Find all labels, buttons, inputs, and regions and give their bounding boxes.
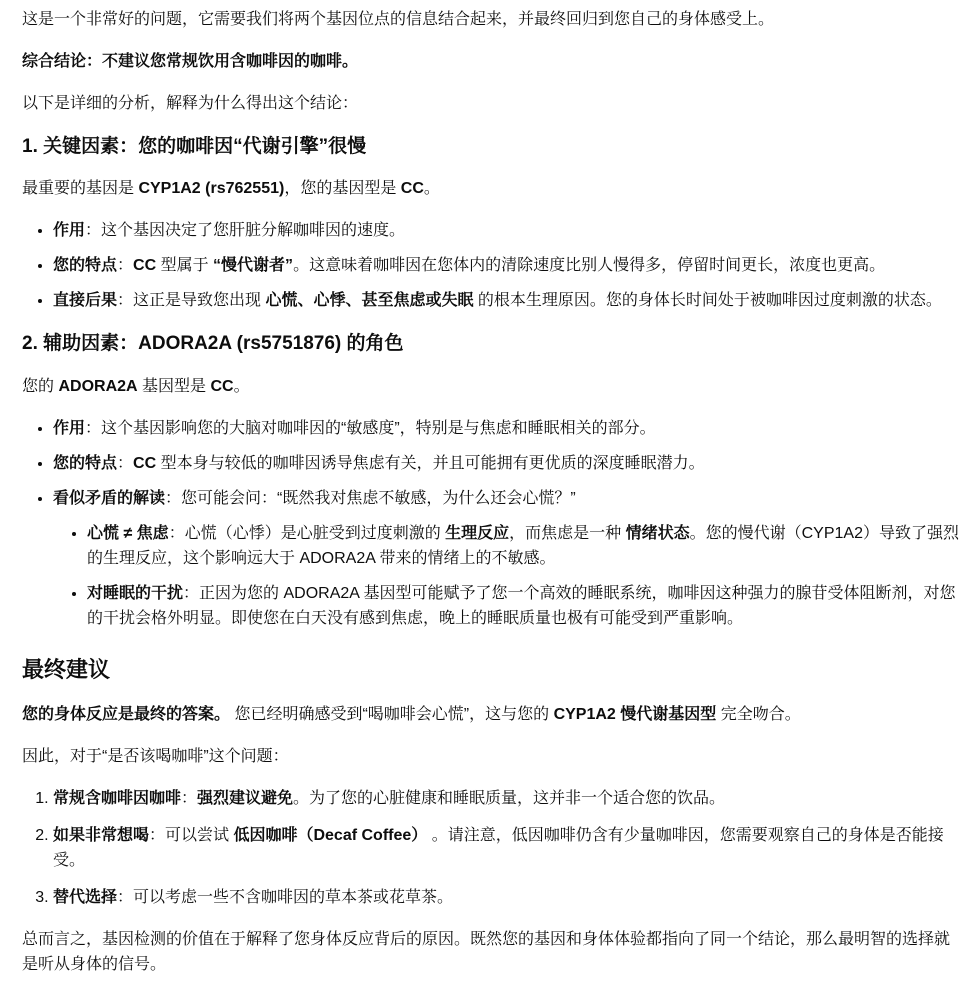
section-2-lead-paragraph: 您的 ADORA2A 基因型是 CC。 [22,375,959,400]
bullet-item-direct-consequence: 直接后果：这正是导致您出现 心慌、心悸、甚至焦虑或失眠 的根本生理原因。您的身体… [53,289,959,314]
recommendation-decaf-option: 如果非常想喝：可以尝试 低因咖啡（Decaf Coffee） 。请注意，低因咖啡… [53,824,959,874]
sub-bullet-palpitation-vs-anxiety: 心慌 ≠ 焦虑：心慌（心悸）是心脏受到过度刺激的 生理反应，而焦虑是一种 情绪状… [87,522,959,572]
bullet-item-your-trait: 您的特点：CC 型本身与较低的咖啡因诱导焦虑有关，并且可能拥有更优质的深度睡眠潜… [53,452,959,477]
final-answer-paragraph: 您的身体反应是最终的答案。 您已经明确感受到“喝咖啡会心慌”，这与您的 CYP1… [22,703,959,728]
section-1-heading: 1. 关键因素：您的咖啡因“代谢引擎”很慢 [22,134,959,161]
closing-paragraph: 总而言之，基因检测的价值在于解释了您身体反应背后的原因。既然您的基因和身体体验都… [22,928,959,978]
assistant-response-document: 这是一个非常好的问题，它需要我们将两个基因位点的信息结合起来，并最终回归到您自己… [0,0,969,1007]
sub-bullet-sleep-interference: 对睡眠的干扰：正因为您的 ADORA2A 基因型可能赋予了您一个高效的睡眠系统，… [87,582,959,632]
bullet-item-your-trait: 您的特点：CC 型属于 “慢代谢者”。这意味着咖啡因在您体内的清除速度比别人慢得… [53,254,959,279]
bullet-item-effect: 作用：这个基因决定了您肝脏分解咖啡因的速度。 [53,219,959,244]
final-question-lead-paragraph: 因此，对于“是否该喝咖啡”这个问题： [22,745,959,770]
recommendation-avoid-caffeinated: 常规含咖啡因咖啡：强烈建议避免。为了您的心脏健康和睡眠质量，这并非一个适合您的饮… [53,787,959,812]
section-2-bullet-list: 作用：这个基因影响您的大脑对咖啡因的“敏感度”，特别是与焦虑和睡眠相关的部分。 … [22,417,959,632]
recommendation-list: 常规含咖啡因咖啡：强烈建议避免。为了您的心脏健康和睡眠质量，这并非一个适合您的饮… [22,787,959,911]
recommendation-alternatives: 替代选择：可以考虑一些不含咖啡因的草本茶或花草茶。 [53,886,959,911]
bullet-item-paradox-text: 看似矛盾的解读：您可能会问：“既然我对焦虑不敏感，为什么还会心慌？” [53,490,576,507]
final-advice-heading: 最终建议 [22,655,959,686]
paradox-sub-bullet-list: 心慌 ≠ 焦虑：心慌（心悸）是心脏受到过度刺激的 生理反应，而焦虑是一种 情绪状… [53,522,959,632]
bullet-item-effect: 作用：这个基因影响您的大脑对咖啡因的“敏感度”，特别是与焦虑和睡眠相关的部分。 [53,417,959,442]
section-1-lead-paragraph: 最重要的基因是 CYP1A2 (rs762551)，您的基因型是 CC。 [22,177,959,202]
conclusion-paragraph: 综合结论：不建议您常规饮用含咖啡因的咖啡。 [22,50,959,75]
section-1-bullet-list: 作用：这个基因决定了您肝脏分解咖啡因的速度。 您的特点：CC 型属于 “慢代谢者… [22,219,959,314]
section-2-heading: 2. 辅助因素：ADORA2A (rs5751876) 的角色 [22,331,959,358]
intro-paragraph: 这是一个非常好的问题，它需要我们将两个基因位点的信息结合起来，并最终回归到您自己… [22,8,959,33]
analysis-lead-paragraph: 以下是详细的分析，解释为什么得出这个结论： [22,92,959,117]
bullet-item-paradox: 看似矛盾的解读：您可能会问：“既然我对焦虑不敏感，为什么还会心慌？” 心慌 ≠ … [53,487,959,632]
